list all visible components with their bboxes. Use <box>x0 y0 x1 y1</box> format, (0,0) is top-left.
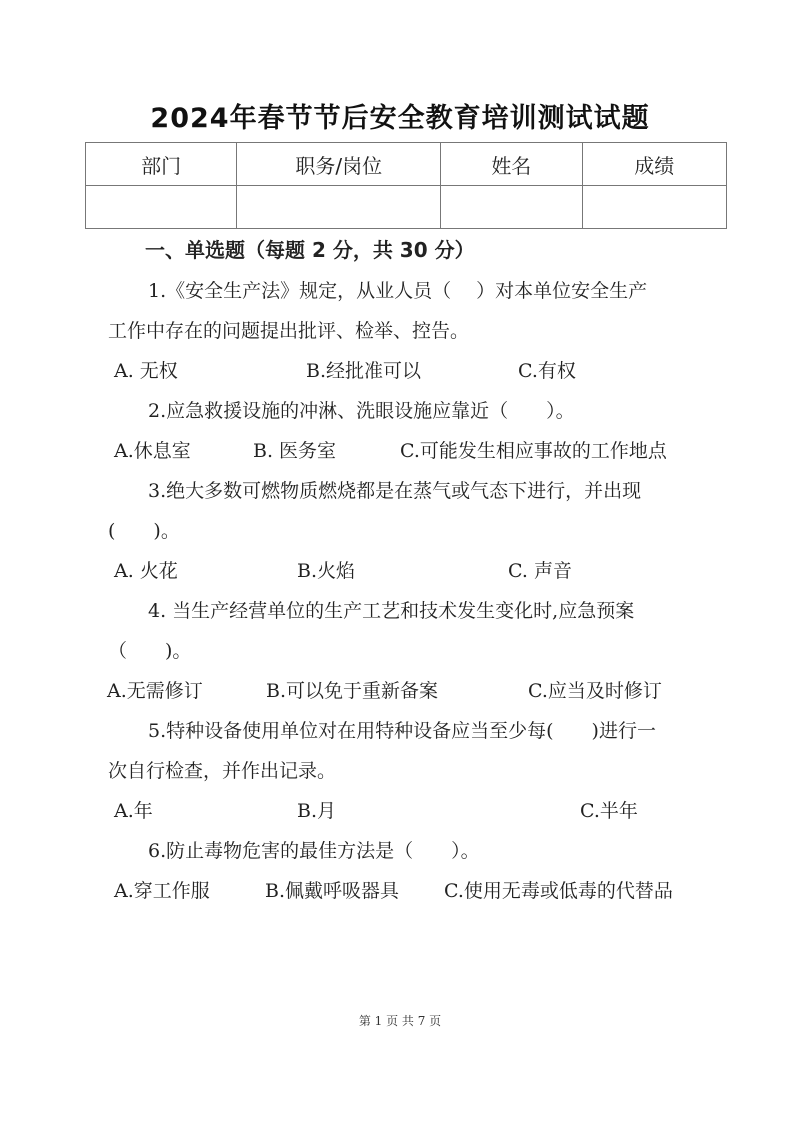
question-5-option-b: B.月 <box>297 796 336 823</box>
header-department: 部门 <box>86 143 237 186</box>
value-department[interactable] <box>86 186 237 229</box>
value-name[interactable] <box>441 186 582 229</box>
question-3-option-b: B.火焰 <box>297 556 355 583</box>
question-2-option-c: C.可能发生相应事故的工作地点 <box>400 436 667 463</box>
question-5-option-c: C.半年 <box>580 796 638 823</box>
question-3-line-2: ( )。 <box>108 516 180 543</box>
info-table-value-row <box>86 186 727 229</box>
question-1-line-2: 工作中存在的问题提出批评、检举、控告。 <box>108 316 469 343</box>
question-6-option-c: C.使用无毒或低毒的代替品 <box>444 876 673 903</box>
question-3-option-c: C. 声音 <box>508 556 572 583</box>
question-1-option-b: B.经批准可以 <box>306 356 421 383</box>
question-6-option-a: A.穿工作服 <box>114 876 210 903</box>
question-3-line-1: 3.绝大多数可燃物质燃烧都是在蒸气或气态下进行，并出现 <box>148 476 641 503</box>
value-score[interactable] <box>582 186 726 229</box>
question-1-option-a: A. 无权 <box>114 356 178 383</box>
question-4-line-1: 4. 当生产经营单位的生产工艺和技术发生变化时,应急预案 <box>148 596 634 623</box>
question-2-line-1: 2.应急救援设施的冲淋、洗眼设施应靠近（ ）。 <box>148 396 575 423</box>
question-1-option-c: C.有权 <box>518 356 576 383</box>
question-2-option-a: A.休息室 <box>114 436 191 463</box>
value-position[interactable] <box>237 186 441 229</box>
info-table: 部门 职务/岗位 姓名 成绩 <box>85 142 727 229</box>
question-5-line-2: 次自行检查，并作出记录。 <box>108 756 336 783</box>
question-1-line-1: 1.《安全生产法》规定，从业人员（ ）对本单位安全生产 <box>148 276 647 303</box>
document-title: 2024年春节节后安全教育培训测试试题 <box>0 96 800 135</box>
section-heading: 一、单选题（每题 2 分，共 30 分） <box>145 234 475 263</box>
header-name: 姓名 <box>441 143 582 186</box>
question-3-option-a: A. 火花 <box>114 556 178 583</box>
header-score: 成绩 <box>582 143 726 186</box>
question-6-option-b: B.佩戴呼吸器具 <box>265 876 399 903</box>
page-footer: 第 1 页 共 7 页 <box>0 1012 800 1029</box>
question-2-option-b: B. 医务室 <box>253 436 336 463</box>
info-table-header-row: 部门 职务/岗位 姓名 成绩 <box>86 143 727 186</box>
header-position: 职务/岗位 <box>237 143 441 186</box>
question-4-option-c: C.应当及时修订 <box>528 676 662 703</box>
question-4-line-2: （ )。 <box>108 636 191 663</box>
question-5-option-a: A.年 <box>114 796 153 823</box>
question-4-option-a: A.无需修订 <box>107 676 203 703</box>
question-5-line-1: 5.特种设备使用单位对在用特种设备应当至少每( )进行一 <box>148 716 656 743</box>
question-4-option-b: B.可以免于重新备案 <box>266 676 438 703</box>
question-6-line-1: 6.防止毒物危害的最佳方法是（ ）。 <box>148 836 480 863</box>
